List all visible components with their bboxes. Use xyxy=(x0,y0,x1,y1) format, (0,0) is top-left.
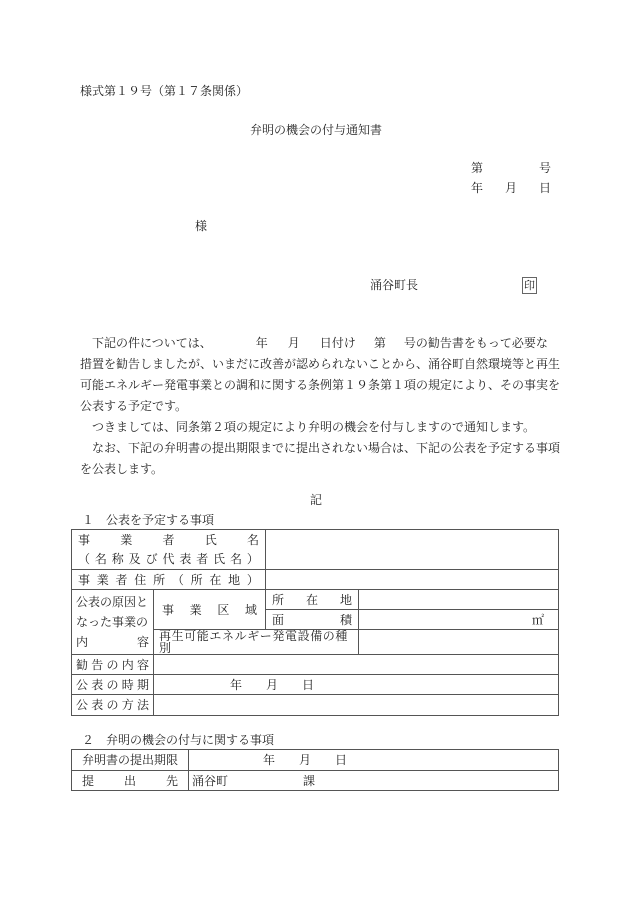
table-row: 公表の時期 年月日 xyxy=(72,675,559,695)
area-label: 面積 xyxy=(272,614,352,626)
deadline-label: 弁明書の提出期限 xyxy=(72,750,189,771)
operator-name-label-2: （名称及び代表者氏名） xyxy=(78,553,259,565)
business-area-label: 事業区域 xyxy=(162,604,257,616)
p3-line2: を公表します。 xyxy=(80,459,560,480)
recommendation-label: 勧告の内容 xyxy=(76,659,149,671)
area-field[interactable]: ㎡ xyxy=(359,610,559,630)
reference-number-prefix: 第 xyxy=(471,162,483,174)
deadline-day: 日 xyxy=(335,753,347,767)
p1-text-b: 号の勧告書をもって必要な xyxy=(404,336,548,350)
form-number: 様式第１９号（第１７条関係） xyxy=(80,85,248,97)
operator-name-field[interactable] xyxy=(266,530,559,570)
recipient-suffix: 様 xyxy=(195,220,207,232)
publication-method-label: 公表の方法 xyxy=(76,699,149,711)
p1-no: 第 xyxy=(374,336,386,350)
table-row: 公表の方法 xyxy=(72,695,559,716)
deadline-month: 月 xyxy=(299,753,311,767)
p1-year: 年 xyxy=(256,336,268,350)
p1-day: 日付け xyxy=(320,336,356,350)
deadline-field[interactable]: 年月日 xyxy=(189,750,559,771)
operator-address-label: 事業者住所（所在地） xyxy=(78,574,259,586)
p1-line2: 措置を勧告しましたが、いまだに改善が認められないことから、涌谷町自然環境等と再生 xyxy=(80,354,560,375)
area-unit: ㎡ xyxy=(532,613,544,627)
submit-to-dept: 課 xyxy=(303,774,315,788)
submit-to-town: 涌谷町 xyxy=(192,774,228,788)
table-row: 勧告の内容 xyxy=(72,655,559,675)
issuer-name: 涌谷町長 xyxy=(370,279,418,291)
deadline-year: 年 xyxy=(263,753,275,767)
section2-heading: ２ 弁明の機会の付与に関する事項 xyxy=(82,734,274,746)
publication-method-field[interactable] xyxy=(154,695,559,716)
reference-number-suffix: 号 xyxy=(539,162,551,174)
table-row: 事業者氏名 （名称及び代表者氏名） xyxy=(72,530,559,570)
p2: つきましては、同条第２項の規定により弁明の機会を付与しますので通知します。 xyxy=(80,417,560,438)
location-field[interactable] xyxy=(359,590,559,610)
publication-items-table: 事業者氏名 （名称及び代表者氏名） 事業者住所（所在地） 公表の原因と なった事… xyxy=(71,529,559,716)
operator-name-label-1: 事業者氏名 xyxy=(78,534,259,546)
document-title: 弁明の機会の付与通知書 xyxy=(250,124,382,136)
recommendation-field[interactable] xyxy=(154,655,559,675)
section1-heading: １ 公表を予定する事項 xyxy=(82,514,214,526)
publication-day: 日 xyxy=(302,678,314,692)
equipment-type-field[interactable] xyxy=(359,630,559,655)
table-row: 公表の原因と なった事業の 内容 事業区域 所在地 xyxy=(72,590,559,610)
publication-year: 年 xyxy=(230,678,242,692)
equipment-type-label: 再生可能エネルギー発電設備の種別 xyxy=(154,630,359,655)
p1-text-a: 下記の件については、 xyxy=(80,336,212,350)
p1-line3: 可能エネルギー発電事業との調和に関する条例第１９条第１項の規定により、その事実を xyxy=(80,375,560,396)
location-label: 所在地 xyxy=(272,594,352,606)
table-row: 事業者住所（所在地） xyxy=(72,570,559,590)
submit-to-field[interactable]: 涌谷町課 xyxy=(189,771,559,791)
ki-mark: 記 xyxy=(310,494,322,506)
reference-month: 月 xyxy=(505,182,517,194)
table-row: 提出先 涌谷町課 xyxy=(72,771,559,791)
table-row: 弁明書の提出期限 年月日 xyxy=(72,750,559,771)
body-text: 下記の件については、年月日付け第号の勧告書をもって必要な 措置を勧告しましたが、… xyxy=(80,333,560,480)
publication-month: 月 xyxy=(266,678,278,692)
publication-date-label: 公表の時期 xyxy=(76,679,149,691)
p1-line4: 公表する予定です。 xyxy=(80,396,560,417)
submit-to-label: 提出先 xyxy=(82,775,178,787)
p1-month: 月 xyxy=(288,336,300,350)
operator-address-field[interactable] xyxy=(266,570,559,590)
cause-label: 公表の原因と なった事業の 内容 xyxy=(72,590,154,655)
p3-line1: なお、下記の弁明書の提出期限までに提出されない場合は、下記の公表を予定する事項 xyxy=(80,438,560,459)
reference-day: 日 xyxy=(539,182,551,194)
reference-year: 年 xyxy=(471,182,483,194)
explanation-opportunity-table: 弁明書の提出期限 年月日 提出先 涌谷町課 xyxy=(71,749,559,791)
publication-date-field[interactable]: 年月日 xyxy=(154,675,559,695)
seal-mark: 印 xyxy=(522,277,537,294)
